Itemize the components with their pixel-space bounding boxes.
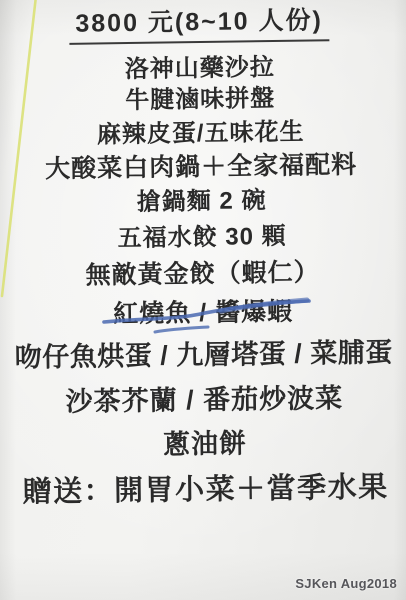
menu-item: 牛腱滷味拼盤 <box>0 83 403 116</box>
menu-item: 搶鍋麵 2 碗 <box>0 185 405 218</box>
menu-item: 吻仔魚烘蛋 / 九層塔蛋 / 菜脯蛋 <box>1 337 406 374</box>
price-title: 3800 元(8~10 人份) <box>0 5 402 45</box>
menu-item: 無敵黃金餃（蝦仁） <box>0 257 406 291</box>
menu-item: 洛神山藥沙拉 <box>0 52 403 85</box>
menu-item-crossed-out: 紅燒魚 / 醬爆蝦 <box>0 296 406 330</box>
menu-photo: 3800 元(8~10 人份) 洛神山藥沙拉 牛腱滷味拼盤 麻辣皮蛋/五味花生 … <box>0 0 406 600</box>
menu-item: 蔥油餅 <box>2 426 406 463</box>
photographer-watermark: SJKen Aug2018 <box>295 576 397 591</box>
price-title-text: 3800 元(8~10 人份) <box>69 6 329 44</box>
menu-item: 大酸菜白肉鍋＋全家福配料 <box>0 150 404 184</box>
menu-text-block: 3800 元(8~10 人份) 洛神山藥沙拉 牛腱滷味拼盤 麻辣皮蛋/五味花生 … <box>0 0 406 600</box>
menu-item-bonus: 贈送：開胃小菜＋當季水果 <box>2 471 406 510</box>
menu-item: 麻辣皮蛋/五味花生 <box>0 117 404 150</box>
menu-item: 五福水餃 30 顆 <box>0 221 405 254</box>
menu-item: 沙茶芥蘭 / 番茄炒波菜 <box>1 382 406 419</box>
